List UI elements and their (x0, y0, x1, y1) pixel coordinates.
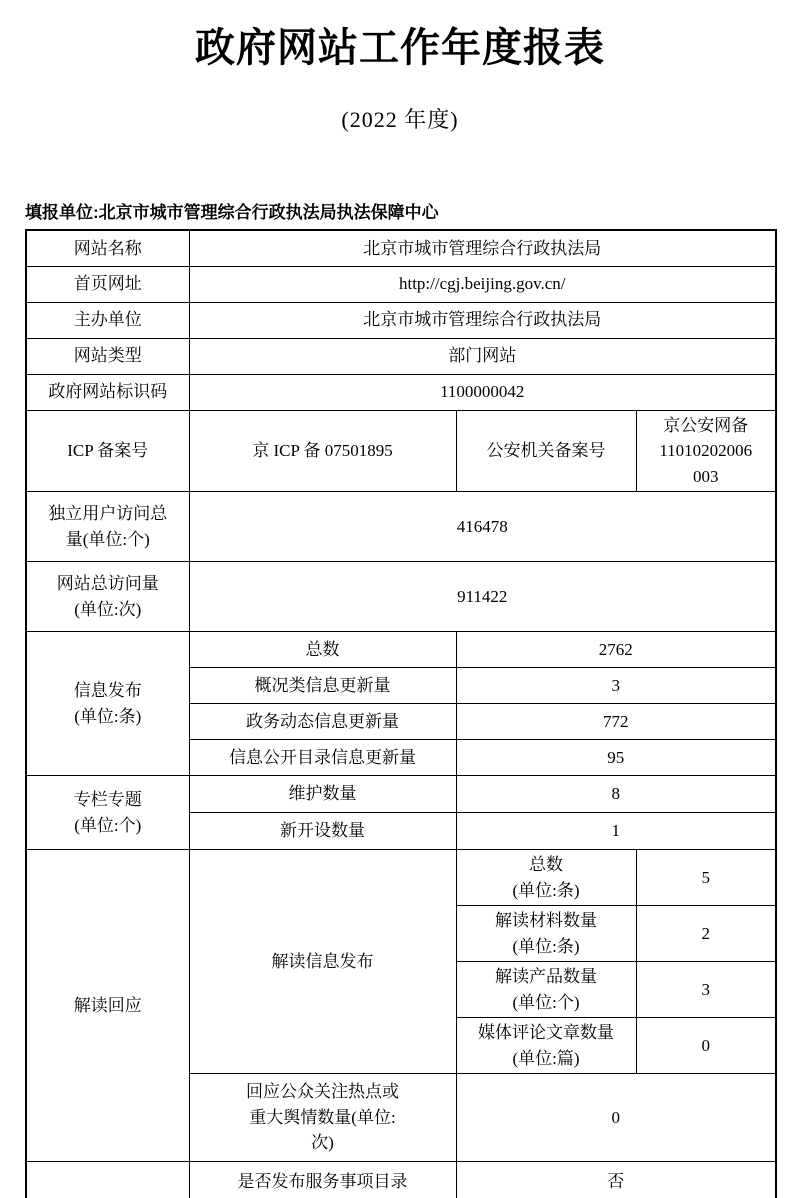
info-directory-label: 信息公开目录信息更新量 (189, 740, 456, 776)
police-record-label: 公安机关备案号 (456, 410, 636, 492)
organizer-value: 北京市城市管理综合行政执法局 (189, 302, 776, 338)
info-publish-group-label: 信息发布 (单位:条) (26, 632, 189, 776)
icp-value: 京 ICP 备 07501895 (189, 410, 456, 492)
site-name-value: 北京市城市管理综合行政执法局 (189, 230, 776, 266)
interpret-response-label: 回应公众关注热点或 重大舆情数量(单位: 次) (189, 1074, 456, 1162)
columns-new-value: 1 (456, 813, 776, 850)
police-record-value: 京公安网备 11010202006 003 (636, 410, 776, 492)
service-directory-value: 否 (456, 1162, 776, 1198)
interpret-media-label: 媒体评论文章数量 (单位:篇) (456, 1018, 636, 1074)
site-type-label: 网站类型 (26, 338, 189, 374)
interpret-publish-label: 解读信息发布 (189, 850, 456, 1074)
interpret-total-value: 5 (636, 850, 776, 906)
empty-cell (26, 1162, 189, 1198)
columns-maintained-label: 维护数量 (189, 776, 456, 813)
interpret-product-label: 解读产品数量 (单位:个) (456, 962, 636, 1018)
info-directory-value: 95 (456, 740, 776, 776)
interpret-total-label: 总数 (单位:条) (456, 850, 636, 906)
columns-group-label: 专栏专题 (单位:个) (26, 776, 189, 850)
interpret-material-label: 解读材料数量 (单位:条) (456, 906, 636, 962)
total-visits-value: 911422 (189, 562, 776, 632)
interpret-group-label: 解读回应 (26, 850, 189, 1162)
site-code-label: 政府网站标识码 (26, 374, 189, 410)
site-code-value: 1100000042 (189, 374, 776, 410)
homepage-url: http://cgj.beijing.gov.cn/ (189, 266, 776, 302)
info-dynamics-label: 政务动态信息更新量 (189, 704, 456, 740)
service-directory-label: 是否发布服务事项目录 (189, 1162, 456, 1198)
info-total-value: 2762 (456, 632, 776, 668)
icp-label: ICP 备案号 (26, 410, 189, 492)
page-subtitle: (2022 年度) (0, 103, 800, 134)
info-overview-value: 3 (456, 668, 776, 704)
organizer-label: 主办单位 (26, 302, 189, 338)
interpret-material-value: 2 (636, 906, 776, 962)
columns-new-label: 新开设数量 (189, 813, 456, 850)
columns-maintained-value: 8 (456, 776, 776, 813)
annual-report-table: 网站名称 北京市城市管理综合行政执法局 首页网址 http://cgj.beij… (25, 229, 777, 1198)
interpret-product-value: 3 (636, 962, 776, 1018)
total-visits-label: 网站总访问量 (单位:次) (26, 562, 189, 632)
info-total-label: 总数 (189, 632, 456, 668)
site-type-value: 部门网站 (189, 338, 776, 374)
page-title: 政府网站工作年度报表 (0, 16, 800, 73)
unique-visitors-label: 独立用户访问总 量(单位:个) (26, 492, 189, 562)
unique-visitors-value: 416478 (189, 492, 776, 562)
homepage-label: 首页网址 (26, 266, 189, 302)
reporting-unit-line: 填报单位:北京市城市管理综合行政执法局执法保障中心 (25, 198, 800, 223)
interpret-response-value: 0 (456, 1074, 776, 1162)
site-name-label: 网站名称 (26, 230, 189, 266)
info-overview-label: 概况类信息更新量 (189, 668, 456, 704)
info-dynamics-value: 772 (456, 704, 776, 740)
interpret-media-value: 0 (636, 1018, 776, 1074)
